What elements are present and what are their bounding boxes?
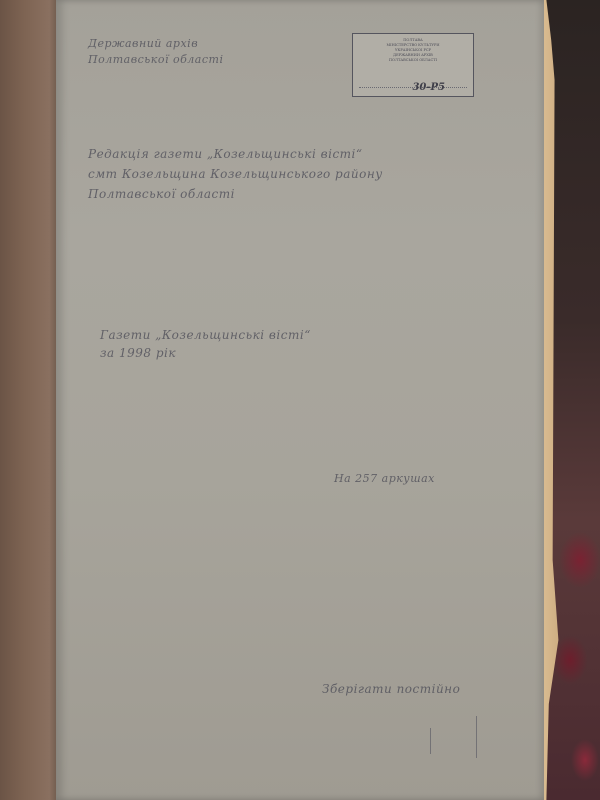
document-cover: Державний архів Полтавської області ПОЛТ… [56, 0, 544, 800]
editorial-office: Редакція газети „Козельщинські вісті“ см… [88, 144, 383, 204]
archive-stamp: ПОЛТАВА МІНІСТЕРСТВО КУЛЬТУРИ УКРАЇНСЬКО… [352, 33, 474, 97]
pencil-mark [476, 716, 477, 758]
folder-spine [0, 0, 58, 800]
editorial-line: Редакція газети „Козельщинські вісті“ [88, 144, 383, 164]
title-line: Газети „Козельщинські вісті“ [100, 326, 311, 344]
archive-line: Державний архів [88, 36, 223, 52]
archive-header: Державний архів Полтавської області [88, 36, 223, 68]
title-line: за 1998 рік [100, 344, 311, 362]
editorial-line: Полтавської області [88, 184, 383, 204]
file-title: Газети „Козельщинські вісті“ за 1998 рік [100, 326, 311, 362]
pencil-mark [430, 728, 431, 754]
sheet-count: На 257 аркушах [334, 472, 435, 485]
stamp-line: ПОЛТАВСЬКОЇ ОБЛАСТІ [359, 58, 467, 63]
photo-scene: Державний архів Полтавської області ПОЛТ… [0, 0, 600, 800]
retention-note: Зберігати постійно [322, 682, 460, 696]
stamp-number: 30-Р5 [412, 82, 445, 93]
editorial-line: смт Козельщина Козельщинського району [88, 164, 383, 184]
archive-line: Полтавської області [88, 52, 223, 68]
